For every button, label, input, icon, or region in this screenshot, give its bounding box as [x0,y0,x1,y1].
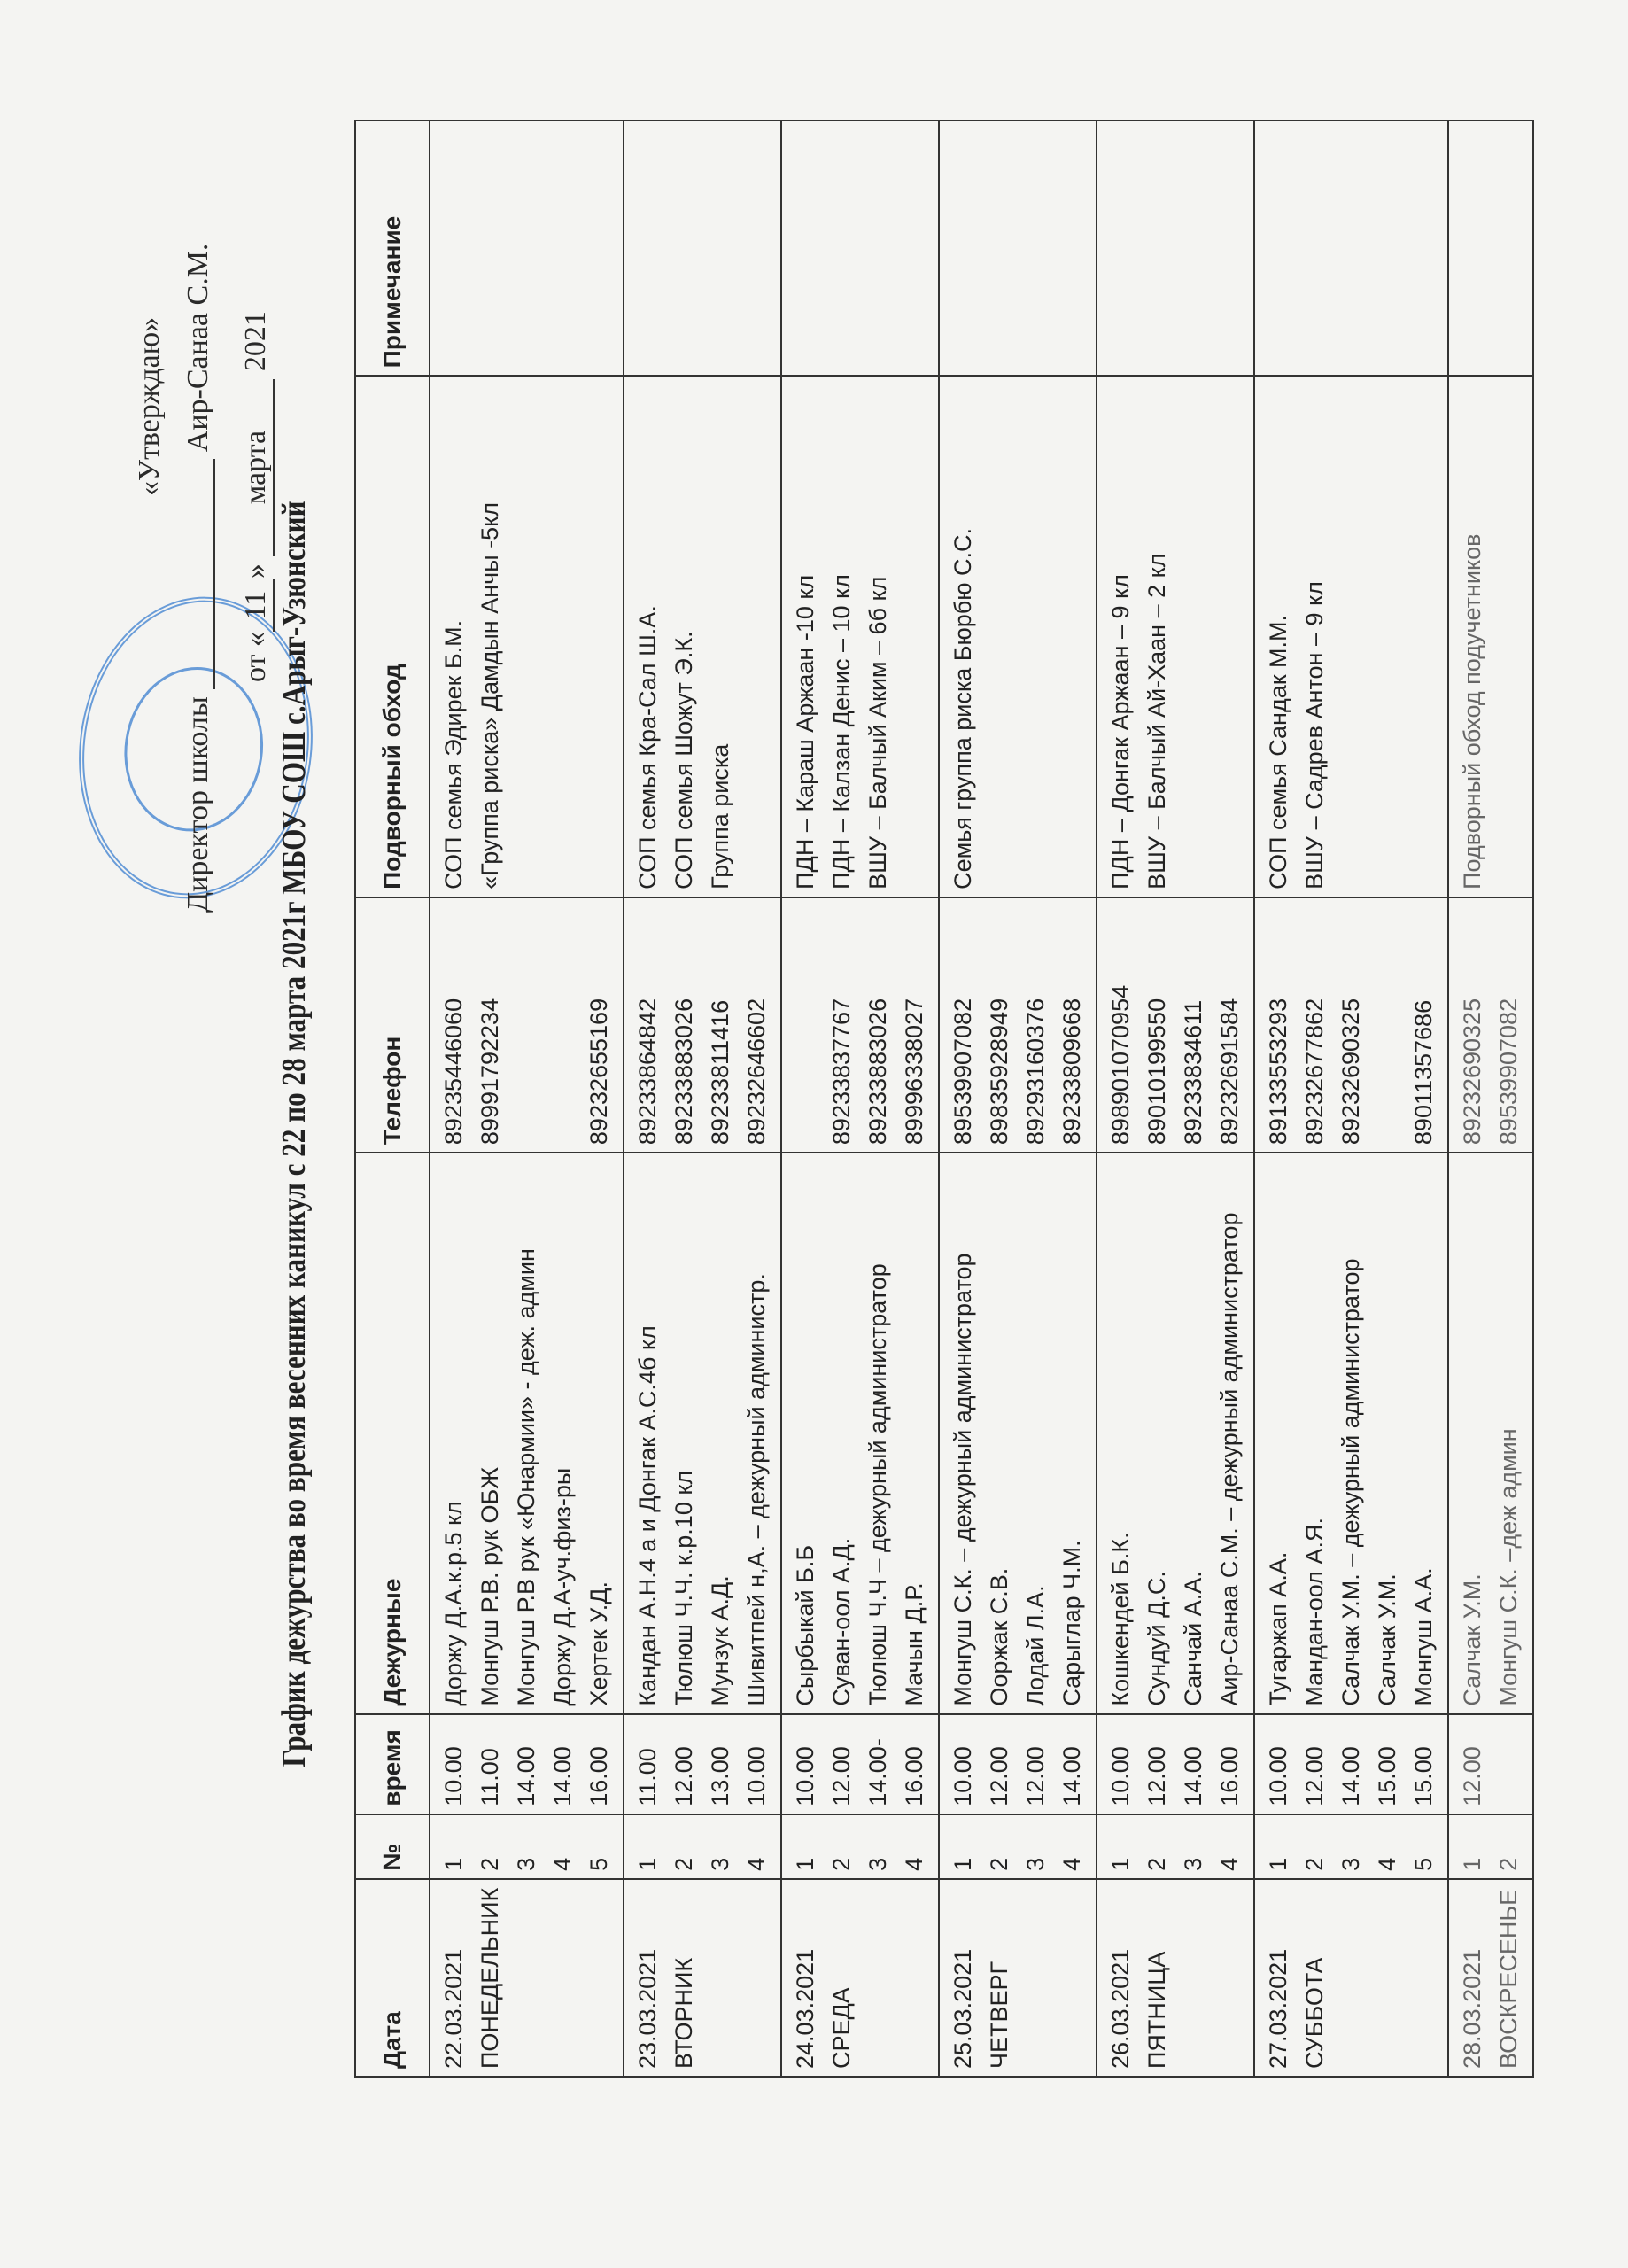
cell-number-line: 1 [1260,1822,1297,1871]
cell-time-line: 12.00 [666,1722,702,1806]
cell-number: 12345 [430,1814,624,1879]
cell-date: 27.03.2021 [1260,1887,1297,2069]
cell-duty-line: Монгуш Р.В. рук ОБЖ [472,1161,508,1706]
cell-duty-line: Сундуй Д.С. [1139,1161,1175,1706]
cell-time-line: 11.00 [472,1722,508,1806]
table-row: 28.03.2021ВОСКРЕСЕНЬЕ1212.00 Салчак У.М.… [1448,120,1533,2077]
cell-time-line: 10.00 [739,1722,775,1806]
cell-date: 25.03.2021 [945,1887,981,2069]
cell-time-line: 14.00 [1175,1722,1212,1806]
cell-time-line: 12.00 [981,1722,1018,1806]
cell-weekday: ПЯТНИЦА [1139,1887,1175,2069]
cell-time: 10.0012.0012.0014.00 [939,1714,1097,1814]
cell-time-line: 12.00 [1454,1722,1491,1806]
cell-visits-line: Подворный обход подучетников [1454,384,1491,889]
cell-number-line: 3 [1333,1822,1369,1871]
cell-time-line: 12.00 [824,1722,860,1806]
cell-duty-line: Суван-оол А.Д. [824,1161,860,1706]
cell-date: 24.03.2021 [787,1887,824,2069]
cell-time-line: 16.00 [1212,1722,1248,1806]
table-body: 22.03.2021ПОНЕДЕЛЬНИК1234510.0011.0014.0… [430,120,1533,2077]
date-day: 11 [239,579,275,632]
cell-duty: Тугаржап А.А.Мандан-оол А.Я.Салчак У.М. … [1254,1153,1448,1714]
cell-phone-line [787,905,824,1145]
cell-number-line: 1 [1103,1822,1139,1871]
cell-duty-line: Салчак У.М. – дежурный администратор [1333,1161,1369,1706]
cell-phone-line: 89293160376 [1018,905,1054,1145]
cell-duty-line: Лодай Л.А. [1018,1161,1054,1706]
cell-number-line: 3 [860,1822,896,1871]
cell-duty-line: Сырбыкай Б.Б [787,1161,824,1706]
cell-phone-line: 89835928949 [981,905,1018,1145]
cell-visits-line: ВШУ – Садрев Антон – 9 кл [1297,384,1333,889]
cell-number-line: 1 [1454,1822,1491,1871]
cell-duty-line: Хертек У.Д. [581,1161,617,1706]
cell-date: 28.03.2021ВОСКРЕСЕНЬЕ [1448,1879,1533,2077]
cell-time: 10.0012.0014.0015.0015.00 [1254,1714,1448,1814]
cell-phone-line: 89133553293 [1260,905,1297,1145]
cell-time-line: 12.00 [1139,1722,1175,1806]
cell-phone-line: 89233811416 [702,905,739,1145]
cell-phone-line: 89232646602 [739,905,775,1145]
director-label: Директор школы [182,696,214,913]
cell-number-line: 5 [581,1822,617,1871]
cell-number: 12 [1448,1814,1533,1879]
cell-number-line: 5 [1406,1822,1442,1871]
cell-duty-line: Кошкендей Б.К. [1103,1161,1139,1706]
cell-visits: СОП семья Кра-Сал Ш.А.СОП семья Шожут Э.… [624,376,781,897]
cell-number-line: 1 [436,1822,472,1871]
cell-visits-line: ПДН – Караш Аржаан -10 кл [787,384,824,889]
cell-time-line: 16.00 [896,1722,933,1806]
cell-time-line: 14.00 [1054,1722,1090,1806]
cell-number-line: 3 [1018,1822,1054,1871]
header-note: Примечание [355,120,430,376]
cell-phone: 8923269032589539907082 [1448,897,1533,1153]
cell-duty-line: Тюлюш Ч.Ч – дежурный администратор [860,1161,896,1706]
cell-note [781,120,939,376]
cell-duty-line: Салчак У.М. [1454,1161,1491,1706]
cell-duty-line: Салчак У.М. [1369,1161,1406,1706]
cell-visits-line: «Группа риска» Дамдын Анчы -5кл [472,384,508,889]
cell-number-line: 4 [1212,1822,1248,1871]
table-row: 27.03.2021СУББОТА1234510.0012.0014.0015.… [1254,120,1448,2077]
cell-phone-line: 89233809668 [1054,905,1090,1145]
cell-number-line: 1 [630,1822,666,1871]
cell-visits: ПДН – Донгак Аржаан – 9 клВШУ – Балчый А… [1097,376,1254,897]
cell-number-line: 4 [896,1822,933,1871]
cell-duty-line: Сарыглар Ч.М. [1054,1161,1090,1706]
cell-duty-line: Монгуш А.А. [1406,1161,1442,1706]
cell-duty-line: Монгуш С.К. –деж админ [1491,1161,1527,1706]
cell-number-line: 3 [1175,1822,1212,1871]
cell-duty-line: Мачын Д.Р. [896,1161,933,1706]
date-prefix: от « [239,632,272,682]
cell-date: 23.03.2021 [630,1887,666,2069]
cell-time-line: 10.00 [945,1722,981,1806]
cell-duty-line: Шивитпей н,А. – дежурный администр. [739,1161,775,1706]
cell-phone-line: 89991792234 [472,905,508,1145]
cell-duty-line: Монгуш С.К. – дежурный администратор [945,1161,981,1706]
cell-phone-line: 89233837767 [824,905,860,1145]
cell-number-line: 2 [1139,1822,1175,1871]
cell-date: 28.03.2021 [1454,1887,1491,2069]
cell-duty-line: Мандан-оол А.Я. [1297,1161,1333,1706]
cell-date: 22.03.2021 [436,1887,472,2069]
cell-phone-line [545,905,581,1145]
cell-phone-line: 89996338027 [896,905,933,1145]
cell-visits: СОП семья Сандак М.М.ВШУ – Садрев Антон … [1254,376,1448,897]
cell-note [430,120,624,376]
cell-time: 10.0012.0014.0016.00 [1097,1714,1254,1814]
cell-date: 25.03.2021ЧЕТВЕРГ [939,1879,1097,2077]
table-row: 26.03.2021ПЯТНИЦА123410.0012.0014.0016.0… [1097,120,1254,2077]
cell-time-line: 10.00 [436,1722,472,1806]
cell-number-line: 2 [1491,1822,1527,1871]
cell-note [1254,120,1448,376]
cell-phone-line: 89233883026 [860,905,896,1145]
cell-date: 23.03.2021ВТОРНИК [624,1879,781,2077]
cell-duty-line: Доржу Д.А.к.р.5 кл [436,1161,472,1706]
header-duty: Дежурные [355,1153,430,1714]
cell-date: 27.03.2021СУББОТА [1254,1879,1448,2077]
cell-number-line: 4 [739,1822,775,1871]
cell-visits-line: СОП семья Сандак М.М. [1260,384,1297,889]
cell-duty-line: Тугаржап А.А. [1260,1161,1297,1706]
cell-time-line: 13.00 [702,1722,739,1806]
cell-phone: 8923544606089991792234 89232655169 [430,897,624,1153]
cell-number-line: 2 [1297,1822,1333,1871]
cell-time-line: 14.00 [1333,1722,1369,1806]
cell-number: 12345 [1254,1814,1448,1879]
cell-phone: 8923386484289233883026892338114168923264… [624,897,781,1153]
cell-phone: 8989010709548901019955089233834611892326… [1097,897,1254,1153]
cell-visits: ПДН – Караш Аржаан -10 клПДН – Калзан Де… [781,376,939,897]
cell-phone-line: 89010199550 [1139,905,1175,1145]
cell-number-line: 1 [945,1822,981,1871]
cell-phone-line: 89232690325 [1454,905,1491,1145]
cell-note [939,120,1097,376]
cell-date: 26.03.2021 [1103,1887,1139,2069]
cell-visits-line: Семья группа риска Бюрбю С.С. [945,384,981,889]
cell-time-line: 11.00 [630,1722,666,1806]
cell-phone-line: 89539907082 [945,905,981,1145]
cell-number: 1234 [1097,1814,1254,1879]
cell-duty: Кошкендей Б.К.Сундуй Д.С.Санчай А.А.Аир-… [1097,1153,1254,1714]
cell-date: 24.03.2021СРЕДА [781,1879,939,2077]
cell-number-line: 2 [981,1822,1018,1871]
cell-visits-line: ВШУ – Балчый Ай-Хаан – 2 кл [1139,384,1175,889]
header-number: № [355,1814,430,1879]
cell-time-line: 14.00 [545,1722,581,1806]
table-row: 24.03.2021СРЕДА123410.0012.0014.00-16.00… [781,120,939,2077]
cell-time-line: 15.00 [1406,1722,1442,1806]
cell-weekday: СРЕДА [824,1887,860,2069]
cell-number: 1234 [624,1814,781,1879]
date-mid: » [239,563,272,579]
signature-line [187,459,215,689]
cell-weekday: ЧЕТВЕРГ [981,1887,1018,2069]
header-time: время [355,1714,430,1814]
cell-visits-line: ВШУ – Балчый Аким – 6б кл [860,384,896,889]
cell-duty: Кандан А.Н.4 а и Донгак А.С.4б клТюлюш Ч… [624,1153,781,1714]
cell-duty-line: Тюлюш Ч.Ч. к.р.10 кл [666,1161,702,1706]
cell-time-line: 12.00 [1018,1722,1054,1806]
date-month: марта [239,379,275,556]
cell-phone-line: 89232690325 [1333,905,1369,1145]
cell-weekday: ПОНЕДЕЛЬНИК [472,1887,508,2069]
cell-time: 12.00 [1448,1714,1533,1814]
cell-number-line: 4 [1369,1822,1406,1871]
cell-date: 22.03.2021ПОНЕДЕЛЬНИК [430,1879,624,2077]
cell-phone-line: 89232655169 [581,905,617,1145]
cell-phone-line: 89233834611 [1175,905,1212,1145]
cell-visits-line: Группа риска [702,384,739,889]
cell-visits: Семья группа риска Бюрбю С.С. [939,376,1097,897]
cell-duty-line: Аир-Санаа С.М. – дежурный администратор [1212,1161,1248,1706]
director-name: Аир-Санаа С.М. [182,244,214,453]
cell-phone: 891335532938923267786289232690325 890113… [1254,897,1448,1153]
cell-phone-line: 89233883026 [666,905,702,1145]
cell-duty-line: Доржу Д.А-уч.физ-ры [545,1161,581,1706]
cell-duty: Доржу Д.А.к.р.5 клМонгуш Р.В. рук ОБЖМон… [430,1153,624,1714]
table-header-row: Дата № время Дежурные Телефон Подворный … [355,120,430,2077]
cell-phone-line: 89539907082 [1491,905,1527,1145]
cell-time: 10.0012.0014.00-16.00 [781,1714,939,1814]
cell-time-line: 14.00- [860,1722,896,1806]
cell-date: 26.03.2021ПЯТНИЦА [1097,1879,1254,2077]
cell-visits: СОП семья Эдирек Б.М.«Группа риска» Дамд… [430,376,624,897]
cell-phone-line: 89232677862 [1297,905,1333,1145]
cell-time-line: 16.00 [581,1722,617,1806]
header-phone: Телефон [355,897,430,1153]
cell-phone: 8953990708289835928949892931603768923380… [939,897,1097,1153]
cell-weekday: ВОСКРЕСЕНЬЕ [1491,1887,1527,2069]
duty-schedule-table: Дата № время Дежурные Телефон Подворный … [354,120,1534,2078]
cell-time: 10.0011.0014.0014.0016.00 [430,1714,624,1814]
date-year: 2021 [239,311,272,371]
cell-number-line: 1 [787,1822,824,1871]
table-row: 23.03.2021ВТОРНИК123411.0012.0013.0010.0… [624,120,781,2077]
cell-number-line: 4 [1054,1822,1090,1871]
cell-note [1448,120,1533,376]
table-row: 25.03.2021ЧЕТВЕРГ123410.0012.0012.0014.0… [939,120,1097,2077]
cell-time-line: 10.00 [1103,1722,1139,1806]
cell-phone: 892338377678923388302689996338027 [781,897,939,1153]
cell-duty-line: Санчай А.А. [1175,1161,1212,1706]
cell-number-line: 2 [666,1822,702,1871]
cell-duty-line: Монгуш Р.В рук «Юнармии» - деж. админ [508,1161,545,1706]
document-page: «Утверждаю» Директор школыАир-Санаа С.М.… [0,0,1628,2268]
cell-visits-line: СОП семья Кра-Сал Ш.А. [630,384,666,889]
cell-phone-line [508,905,545,1145]
cell-duty: Сырбыкай Б.БСуван-оол А.Д.Тюлюш Ч.Ч – де… [781,1153,939,1714]
approval-date: от «11» марта 2021 [239,311,275,682]
cell-note [624,120,781,376]
cell-weekday: ВТОРНИК [666,1887,702,2069]
cell-number-line: 2 [472,1822,508,1871]
cell-phone-line: 898901070954 [1103,905,1139,1145]
cell-time: 11.0012.0013.0010.00 [624,1714,781,1814]
cell-phone-line: 89011357686 [1406,905,1442,1145]
cell-time-line: 10.00 [787,1722,824,1806]
cell-note [1097,120,1254,376]
cell-visits-line: СОП семья Шожут Э.К. [666,384,702,889]
cell-number-line: 4 [545,1822,581,1871]
cell-duty-line: Кандан А.Н.4 а и Донгак А.С.4б кл [630,1161,666,1706]
cell-phone-line [1369,905,1406,1145]
cell-visits: Подворный обход подучетников [1448,376,1533,897]
page-title: График дежурства во время весенних каник… [275,204,314,2063]
cell-time-line [1491,1722,1527,1806]
cell-visits-line: ПДН – Донгак Аржаан – 9 кл [1103,384,1139,889]
cell-number-line: 3 [702,1822,739,1871]
cell-duty-line: Мунзук А.Д. [702,1161,739,1706]
header-date: Дата [355,1879,430,2077]
cell-time-line: 15.00 [1369,1722,1406,1806]
cell-visits-line: ПДН – Калзан Денис – 10 кл [824,384,860,889]
approval-heading: «Утверждаю» [133,317,167,496]
cell-weekday: СУББОТА [1297,1887,1333,2069]
cell-phone-line: 89232691584 [1212,905,1248,1145]
cell-time-line: 14.00 [508,1722,545,1806]
cell-phone-line: 89235446060 [436,905,472,1145]
header-visits: Подворный обход [355,376,430,897]
cell-duty: Монгуш С.К. – дежурный администраторОорж… [939,1153,1097,1714]
cell-time-line: 10.00 [1260,1722,1297,1806]
cell-duty-line: Ооржак С.В. [981,1161,1018,1706]
cell-number-line: 2 [824,1822,860,1871]
approval-director: Директор школыАир-Санаа С.М. [182,244,215,913]
table-row: 22.03.2021ПОНЕДЕЛЬНИК1234510.0011.0014.0… [430,120,624,2077]
cell-duty: Салчак У.М.Монгуш С.К. –деж админ [1448,1153,1533,1714]
cell-number: 1234 [781,1814,939,1879]
cell-phone-line: 89233864842 [630,905,666,1145]
cell-visits-line: СОП семья Эдирек Б.М. [436,384,472,889]
cell-time-line: 12.00 [1297,1722,1333,1806]
cell-number: 1234 [939,1814,1097,1879]
cell-number-line: 3 [508,1822,545,1871]
